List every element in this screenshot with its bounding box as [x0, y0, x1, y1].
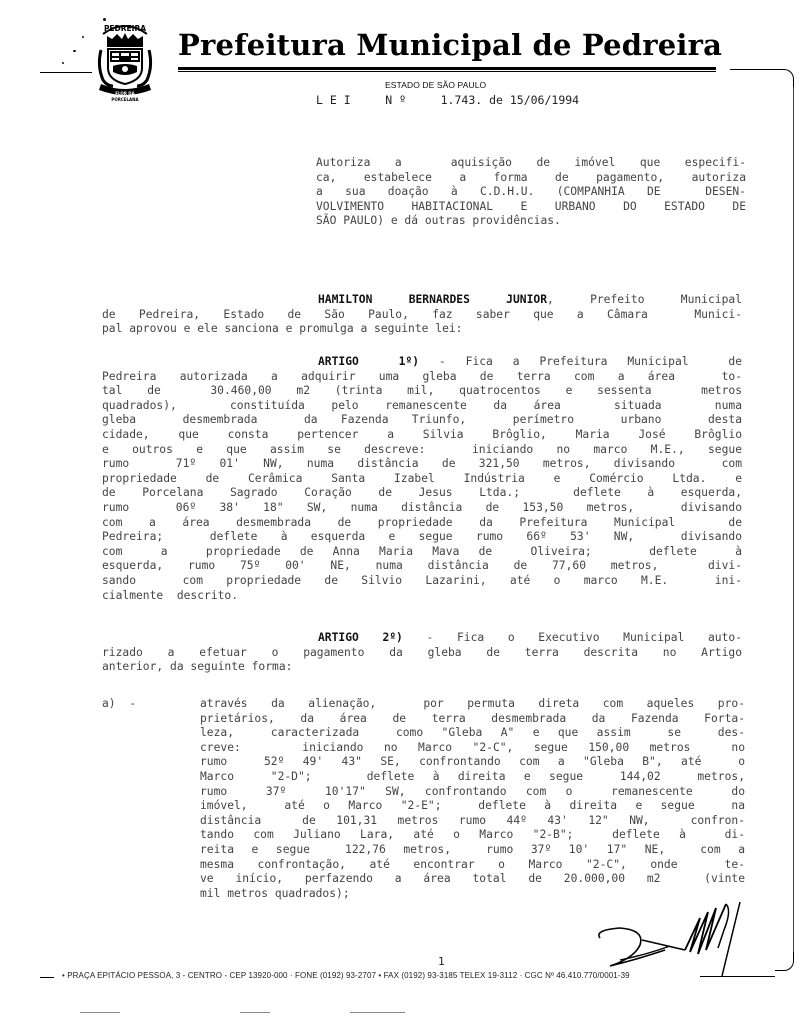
footer-rule [700, 976, 775, 977]
footer-rule [40, 977, 54, 978]
item-a-line: leza, caracterizada como "Gleba A" e que… [200, 726, 745, 741]
frame-corner [775, 69, 794, 88]
article-1-line: gleba desmembrada da Fazenda Triunfo, pe… [102, 413, 742, 428]
svg-text:PORCELANA: PORCELANA [111, 97, 139, 102]
item-a-label: a) - [102, 697, 136, 712]
article-1-line: cialmente descrito. [102, 589, 742, 604]
article-2: ARTIGO 2º) - Fica o Executivo Municipal … [102, 631, 742, 675]
article-2-first-line: ARTIGO 2º) - Fica o Executivo Municipal … [102, 631, 742, 646]
scan-speck [82, 36, 84, 38]
footer-address: • PRAÇA EPITÁCIO PESSOA, 3 - CENTRO - CE… [62, 971, 630, 980]
scan-artifact [80, 1012, 120, 1013]
article-1-line: e outros e que assim se descreve: inicia… [102, 443, 742, 458]
letterhead-state: ESTADO DE SÃO PAULO [385, 80, 486, 90]
article-1-line: quadrados), constituída pelo remanescent… [102, 399, 742, 414]
item-a-line: reita e segue 122,76 metros, rumo 37º 10… [200, 843, 745, 858]
article-1-line: Pedreira autorizada a adquirir uma gleba… [102, 370, 742, 385]
item-a-line: imóvel, até o Marco "2-E"; deflete à dir… [200, 799, 745, 814]
article-1-line: cidade, que consta pertencer a Silvia Br… [102, 428, 742, 443]
scan-artifact [350, 1012, 405, 1013]
article-1: ARTIGO 1º) - Fica a Prefeitura Municipal… [102, 355, 742, 603]
item-a-line: distância de 101,31 metros rumo 44º 43' … [200, 814, 745, 829]
preamble-line: pal aprovou e ele sanciona e promulga a … [102, 322, 742, 337]
item-a-body: através da alienação, por permuta direta… [200, 697, 745, 901]
summary-line: Autoriza a aquisição de imóvel que espec… [316, 156, 746, 171]
article-1-line: sando com propriedade de Silvio Lazarini… [102, 574, 742, 589]
item-a-line: ve início, perfazendo a área total de 20… [200, 872, 745, 887]
article-1-line: de Porcelana Sagrado Coração de Jesus Lt… [102, 486, 742, 501]
scan-speck [62, 62, 64, 64]
document-page: PEDREIRA FLOR DA PORCELANA Prefeitura Mu… [0, 0, 800, 1031]
svg-text:PEDREIRA: PEDREIRA [104, 24, 146, 33]
svg-text:FLOR DA: FLOR DA [115, 91, 135, 96]
letterhead-title: Prefeitura Municipal de Pedreira [178, 28, 722, 62]
law-summary: Autoriza a aquisição de imóvel que espec… [316, 156, 746, 229]
frame-left-rule [40, 72, 92, 73]
article-1-line: rumo 06º 38' 18" SW, numa distância de 1… [102, 501, 742, 516]
item-a-line: creve: iniciando no Marco "2-C", segue 1… [200, 741, 745, 756]
mayor-name: HAMILTON BERNARDES JUNIOR [318, 293, 547, 306]
frame-corner [775, 952, 794, 971]
summary-line: VOLVIMENTO HABITACIONAL E URBANO DO ESTA… [316, 200, 746, 215]
preamble-first-line: HAMILTON BERNARDES JUNIOR, Prefeito Muni… [102, 293, 742, 308]
article-1-first-line: ARTIGO 1º) - Fica a Prefeitura Municipal… [102, 355, 742, 370]
article-1-heading: ARTIGO 1º) [318, 355, 419, 368]
law-number-heading: L E I N º 1.743. de 15/06/1994 [316, 93, 579, 107]
item-a-line: mesma confrontação, até encontrar o Marc… [200, 858, 745, 873]
item-a-line: rumo 52º 49' 43" SE, confrontando com a … [200, 755, 745, 770]
handwritten-signature-icon [590, 900, 755, 980]
article-1-line: com a propriedade de Anna Maria Mava de … [102, 545, 742, 560]
scan-speck [73, 50, 76, 52]
article-2-line: anterior, da seguinte forma: [102, 660, 742, 675]
summary-line: ca, estabelece a forma de pagamento, aut… [316, 171, 746, 186]
summary-line: a sua doação à C.D.H.U. (COMPANHIA DE DE… [316, 185, 746, 200]
frame-right-rule [793, 87, 794, 957]
article-2-line: rizado a efetuar o pagamento da gleba de… [102, 646, 742, 661]
article-1-line: tal de 30.460,00 m2 (trinta mil, quatroc… [102, 384, 742, 399]
article-1-line: esquerda, rumo 75º 00' NE, numa distânci… [102, 559, 742, 574]
item-a-line: prietários, da área de terra desmembrada… [200, 712, 745, 727]
article-1-line: rumo 71º 01' NW, numa distância de 321,5… [102, 457, 742, 472]
municipal-coat-of-arms-icon: PEDREIRA FLOR DA PORCELANA [93, 20, 157, 102]
summary-line: SÃO PAULO) e dá outras providências. [316, 214, 746, 229]
article-1-line: Pedreira; deflete à esquerda e segue rum… [102, 530, 742, 545]
article-1-line: propriedade de Cerâmica Santa Izabel Ind… [102, 472, 742, 487]
item-a-line: rumo 37º 10'17" SW, confrontando com o r… [200, 785, 745, 800]
letterhead-rule [178, 67, 716, 70]
page-number: 1 [438, 955, 445, 968]
article-2-heading: ARTIGO 2º) [318, 631, 403, 644]
letterhead-rule [178, 71, 716, 72]
article-1-line: com a área desmembrada de propriedade da… [102, 516, 742, 531]
item-a-line: através da alienação, por permuta direta… [200, 697, 745, 712]
item-a-line: Marco "2-D"; deflete à direita e segue 1… [200, 770, 745, 785]
preamble-line: de Pedreira, Estado de São Paulo, faz sa… [102, 308, 742, 323]
item-a-line: tando com Juliano Lara, até o Marco "2-B… [200, 828, 745, 843]
scan-artifact [240, 1012, 270, 1013]
preamble-paragraph: HAMILTON BERNARDES JUNIOR, Prefeito Muni… [102, 293, 742, 337]
